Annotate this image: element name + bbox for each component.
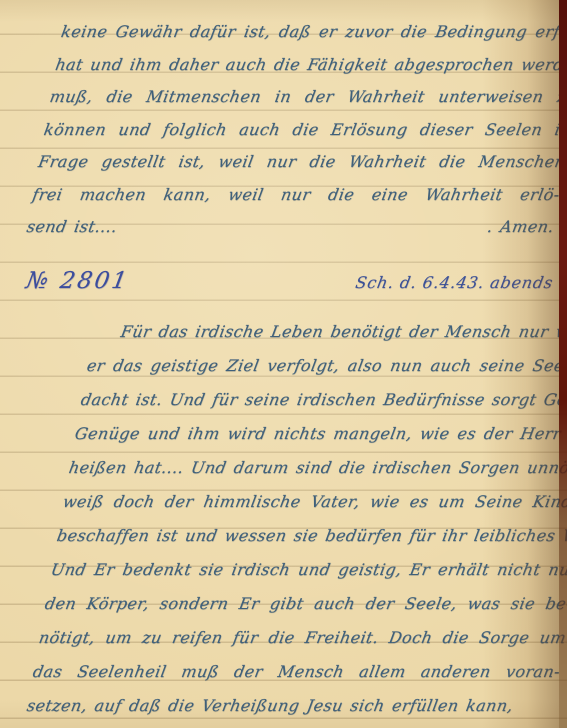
handwritten-line: können und folglich auch die Erlösung di…: [41, 114, 567, 147]
handwritten-line: das Seelenheil muß der Mensch allem ande…: [30, 655, 563, 689]
entry-dateline: Sch. d. 6.4.43. abends: [354, 273, 555, 292]
handwritten-line: Frage gestellt ist, weil nur die Wahrhei…: [35, 146, 567, 179]
amen-signoff: . Amen.: [484, 211, 556, 244]
handwritten-line: nötigt, um zu reifen für die Freiheit. D…: [36, 621, 567, 655]
handwritten-line: er das geistige Ziel verfolgt, also nun …: [84, 349, 567, 383]
manuscript-page: keine Gewähr dafür ist, daß er zuvor die…: [0, 0, 567, 728]
handwritten-line: keine Gewähr dafür ist, daß er zuvor die…: [58, 16, 567, 49]
handwritten-line: dacht ist. Und für seine irdischen Bedür…: [78, 383, 567, 417]
handwritten-line: heißen hat.... Und darum sind die irdisc…: [66, 451, 567, 485]
handwritten-line: beschaffen ist und wessen sie bedürfen f…: [54, 519, 567, 553]
paragraph-end-text: send ist....: [24, 211, 120, 244]
closing-paragraph: keine Gewähr dafür ist, daß er zuvor die…: [24, 16, 567, 244]
handwritten-line: muß, die Mitmenschen in der Wahrheit unt…: [47, 81, 567, 114]
handwritten-line: den Körper, sondern Er gibt auch der See…: [42, 587, 567, 621]
handwritten-line: Genüge und ihm wird nichts mangeln, wie …: [72, 417, 567, 451]
entry-paragraph: Für das irdische Leben benötigt der Mens…: [24, 315, 567, 723]
handwritten-line: Für das irdische Leben benötigt der Mens…: [90, 315, 567, 349]
entry-header: № 2801 Sch. d. 6.4.43. abends: [24, 268, 551, 294]
handwritten-line: frei machen kann, weil nur die eine Wahr…: [30, 179, 563, 212]
handwritten-line: send ist.... . Amen.: [24, 211, 557, 244]
handwritten-line: setzen, auf daß die Verheißung Jesu sich…: [24, 689, 557, 723]
entry-number: № 2801: [24, 268, 131, 294]
handwritten-line: weiß doch der himmlische Vater, wie es u…: [60, 485, 567, 519]
handwritten-line: hat und ihm daher auch die Fähigkeit abg…: [53, 49, 567, 82]
book-cover-edge: [559, 0, 567, 728]
handwritten-line: Und Er bedenkt sie irdisch und geistig, …: [48, 553, 567, 587]
